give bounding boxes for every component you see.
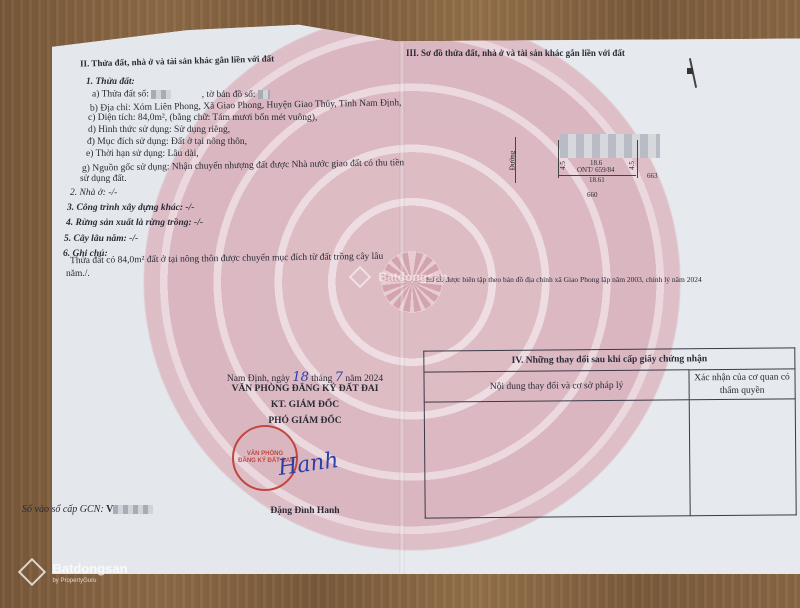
signer-name: Đặng Đình Hanh [190,506,420,516]
issuing-office: VĂN PHÒNG ĐĂNG KÝ ĐẤT ĐAI [190,384,420,394]
date-prefix: Nam Định, ngày [227,374,290,384]
neighbor-right-label: 663 [647,173,658,180]
parcel-number-label: a) Thửa đất số: [92,90,149,100]
section-iii-title: III. Sơ đồ thửa đất, nhà ở và tài sản kh… [406,49,625,58]
batdongsan-logo-icon [349,265,372,288]
change-content-cell [424,400,690,518]
map-sheet-redacted [258,90,270,99]
area-line: c) Diện tích: 84,0m², (bằng chữ: Tám mươ… [88,114,317,124]
watermark-sub: by PropertyGuru [52,578,127,584]
deputy-director-title: PHÓ GIÁM ĐỐC [190,416,420,426]
gcn-registry-line: Số vào sổ cấp GCN: V [22,505,153,515]
gcn-registry-redacted [113,505,153,514]
note-line-2: năm./. [66,270,90,280]
map-source-note: Sơ đồ được biên tập theo bản đồ địa chín… [426,276,702,284]
usage-purpose-line: đ) Mục đích sử dụng: Đất ở tại nông thôn… [87,138,247,148]
kt-director: KT. GIÁM ĐỐC [190,400,420,410]
item-2-house: 2. Nhà ở: -/- [70,189,117,199]
usage-form-line: d) Hình thức sử dụng: Sử dụng riêng, [88,126,230,136]
item-1-label: 1. Thửa đất: [86,78,135,88]
north-arrow-marker [687,68,693,74]
parcel-number-redacted [151,90,171,99]
bottom-width-label: 18.61 [589,177,605,184]
batdongsan-watermark-center: Batdongsan [352,268,448,286]
date-month: 7 [335,370,343,385]
right-depth-label: 4.5 [629,161,636,170]
item-4-forest: 4. Rừng sản xuất là rừng trồng: -/- [66,219,203,229]
watermark-brand: Batdongsan [378,270,447,284]
parcel-number-line: a) Thửa đất số: , tờ bản đồ số: [92,90,270,100]
usage-origin-cont: sử dụng đất. [80,175,127,185]
map-sheet-label: , tờ bản đồ số: [202,90,256,100]
watermark-brand: Batdongsan [52,561,127,576]
date-year: năm 2024 [345,374,383,384]
batdongsan-logo-icon [18,558,46,586]
date-day: 18 [292,370,309,385]
date-month-label: tháng [311,374,332,384]
item-5-perennial: 5. Cây lâu năm: -/- [64,235,138,245]
road-label: Đường [509,151,516,171]
batdongsan-watermark-bottom: Batdongsan by PropertyGuru [22,560,128,584]
col-header-change-content: Nội dung thay đổi và cơ sở pháp lý [424,370,689,402]
changes-table: IV. Những thay đổi sau khi cấp giấy chứn… [423,347,796,518]
usage-term-line: e) Thời hạn sử dụng: Lâu dài, [86,150,199,160]
gcn-registry-label: Số vào sổ cấp GCN: [22,504,104,515]
issue-date: Nam Định, ngày 18 tháng 7 năm 2024 [190,370,420,385]
parcel-code-label: ONT/ 659/84 [577,167,615,174]
left-depth-label: 4.5 [560,161,567,170]
col-header-authority-confirmation: Xác nhận của cơ quan có thẩm quyền [689,369,795,400]
neighbor-below-label: 660 [587,192,598,199]
item-3-other-works: 3. Công trình xây dựng khác: -/- [67,204,194,214]
authority-confirmation-cell [689,399,796,516]
gcn-registry-prefix: V [106,504,113,515]
